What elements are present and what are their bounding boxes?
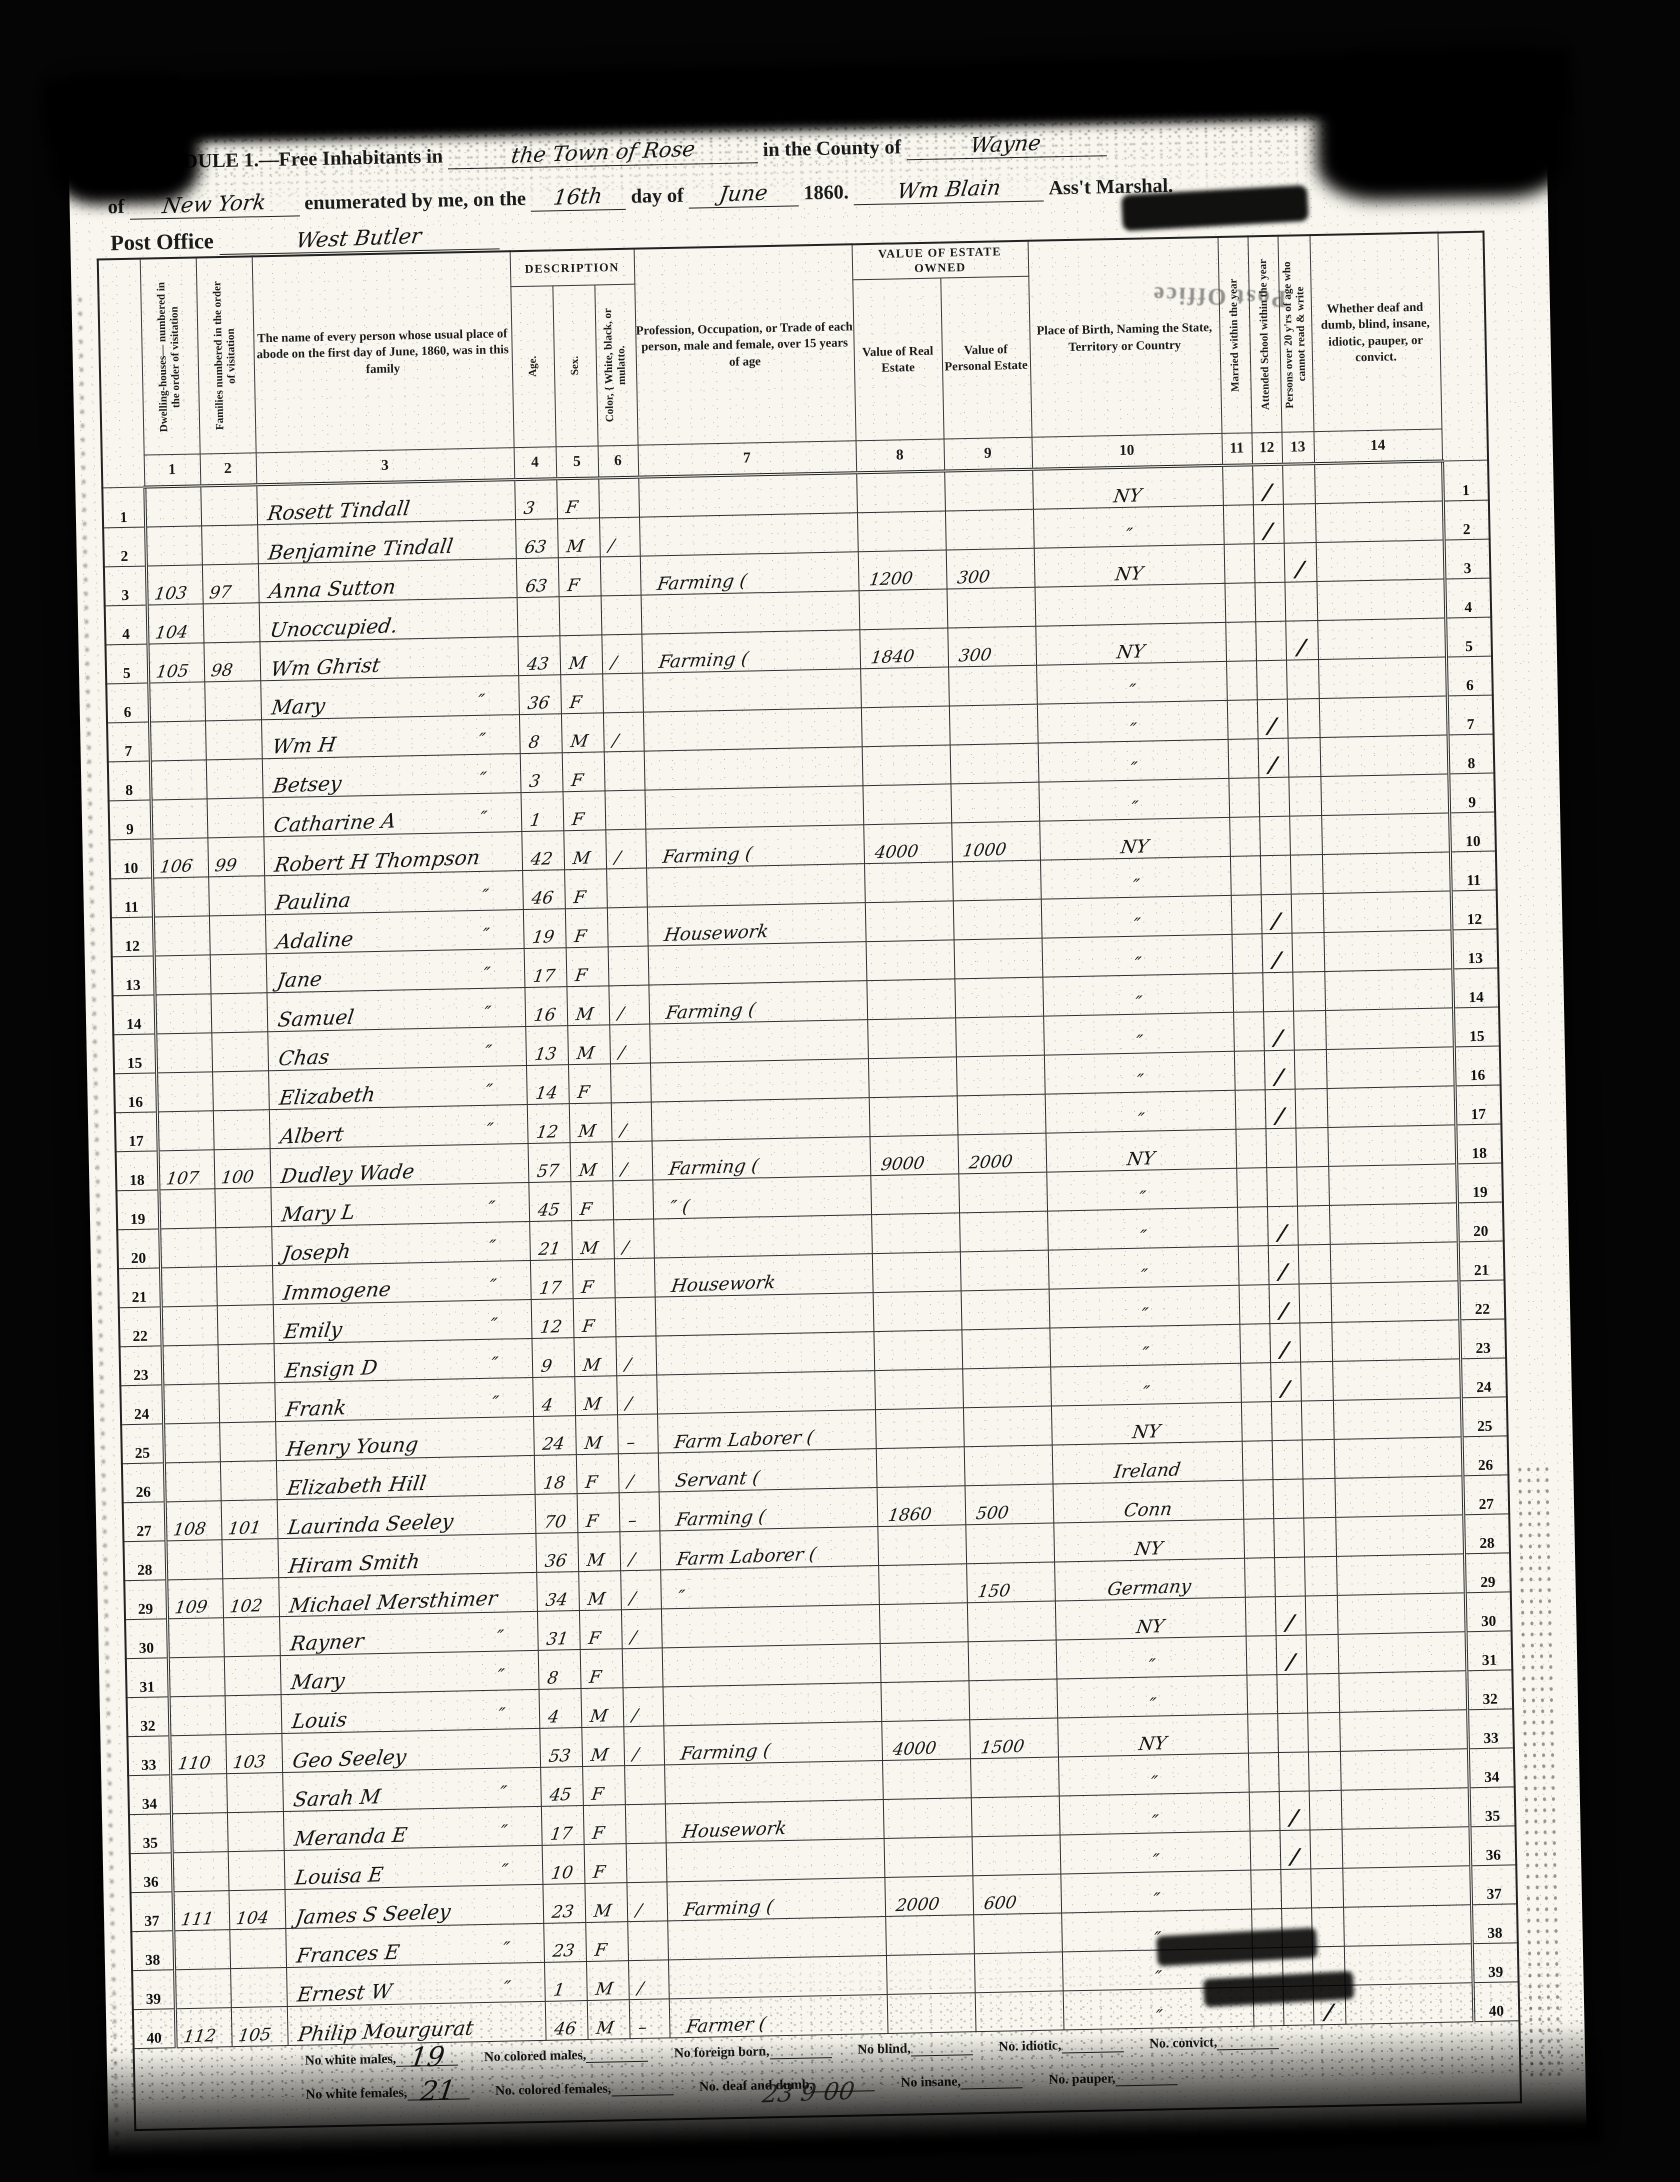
cell-real-estate-value: 9000 xyxy=(870,1135,959,1176)
tally-item: No blind, xyxy=(857,2038,973,2058)
cell-dwelling-number-value: 103 xyxy=(147,583,188,605)
cell-sex-value: F xyxy=(577,1511,599,1532)
cell-sex-value: F xyxy=(562,771,584,792)
cell-condition xyxy=(1344,1944,1473,1986)
cell-color: / xyxy=(601,634,642,674)
tally-blank xyxy=(961,2071,1023,2089)
cell-birthplace: ″ xyxy=(1041,895,1232,938)
margin-scribble: 23 9 00 xyxy=(761,2077,857,2109)
cell-birthplace: NY xyxy=(1035,622,1226,665)
cell-personal-estate-value xyxy=(949,704,1038,745)
cell-personal-estate-value xyxy=(950,743,1039,784)
cell-person-name: ″Louis xyxy=(281,1689,540,1733)
cell-family-number: 103 xyxy=(225,1734,282,1774)
marshal-name: Wm Blain xyxy=(895,175,1002,203)
cell-sex-value: F xyxy=(580,1667,602,1688)
cell-cannot-read-write xyxy=(1288,738,1321,778)
cell-age: 43 xyxy=(517,636,560,676)
cell-birthplace-value: ″ xyxy=(1140,1344,1150,1365)
cell-age: 1 xyxy=(521,792,564,832)
cell-color: / xyxy=(623,1687,664,1727)
surname-ditto: ″ xyxy=(501,1938,511,1959)
cell-occupation: Housework xyxy=(654,1254,873,1297)
cell-family-number xyxy=(226,1773,283,1813)
cell-attended-school: / xyxy=(1258,738,1289,778)
cell-attended-school: / xyxy=(1275,1596,1306,1636)
tally-item: No foreign born, xyxy=(674,2041,832,2062)
cell-sex: F xyxy=(565,908,608,948)
cell-age-value: 13 xyxy=(525,1044,557,1065)
cell-sex-value: M xyxy=(574,1394,602,1415)
cell-real-estate-value xyxy=(877,1525,966,1566)
cell-married-within-year xyxy=(1251,1909,1282,1949)
cell-married-within-year xyxy=(1231,895,1262,935)
cell-real-estate-value xyxy=(856,471,945,513)
cell-color: / xyxy=(605,829,646,869)
cell-sex: F xyxy=(562,752,605,792)
cell-person-name: ″Mary xyxy=(260,676,519,720)
cell-birthplace-value: ″ xyxy=(1135,1071,1145,1092)
cell-cannot-read-write: / xyxy=(1284,543,1317,583)
cell-married-within-year xyxy=(1249,1792,1280,1832)
cell-attended-school xyxy=(1254,543,1285,583)
row-number-left: 39 xyxy=(132,1970,175,2010)
cell-condition xyxy=(1315,501,1444,543)
cell-person-name: ″Immogene xyxy=(272,1260,531,1304)
cell-condition xyxy=(1325,1008,1454,1050)
cell-real-estate-value xyxy=(862,784,951,825)
cell-personal-estate-value xyxy=(958,1172,1047,1213)
cell-age-value: 12 xyxy=(531,1317,563,1338)
cell-attended-school: / xyxy=(1257,699,1288,739)
column-number: 2 xyxy=(200,453,257,486)
col-header-school: Attended School within the year xyxy=(1248,236,1282,433)
column-number: 5 xyxy=(556,446,599,479)
cell-attended-school: / xyxy=(1253,504,1284,544)
row-number-left: 28 xyxy=(123,1541,166,1581)
enumerated-label: enumerated by me, on the xyxy=(304,188,526,214)
cell-cannot-read-write-value: / xyxy=(1296,634,1307,659)
row-number-left: 30 xyxy=(125,1619,168,1659)
cell-birthplace: ″ xyxy=(1042,973,1233,1016)
cell-family-number xyxy=(227,1812,284,1852)
cell-person-name: ″Samuel xyxy=(266,988,525,1032)
cell-sex: M xyxy=(573,1337,616,1377)
cell-age-value: 45 xyxy=(540,1785,572,1806)
row-number-right: 7 xyxy=(1447,695,1494,735)
cell-personal-estate-value xyxy=(954,938,1043,979)
cell-condition xyxy=(1330,1242,1459,1284)
cell-birthplace xyxy=(1035,583,1226,626)
cell-sex: F xyxy=(584,1844,627,1884)
column-number: 7 xyxy=(638,441,857,477)
row-number-left: 31 xyxy=(126,1658,169,1698)
scan-artifact-top-band xyxy=(43,49,1570,146)
cell-birthplace: ″ xyxy=(1046,1168,1237,1211)
cell-age: 17 xyxy=(541,1806,584,1846)
cell-age: 17 xyxy=(524,948,567,988)
cell-married-within-year xyxy=(1239,1285,1270,1325)
cell-dwelling-number: 112 xyxy=(175,2008,232,2048)
cell-attended-school-value: / xyxy=(1286,1649,1297,1674)
cell-dwelling-number xyxy=(164,1462,221,1502)
surname-ditto: ″ xyxy=(487,1237,497,1258)
cell-color xyxy=(622,1648,663,1688)
cell-cannot-read-write xyxy=(1302,1439,1335,1479)
cell-color: / xyxy=(620,1570,661,1610)
cell-occupation xyxy=(638,473,857,517)
cell-married-within-year xyxy=(1232,973,1263,1013)
cell-cannot-read-write xyxy=(1288,777,1321,817)
cell-sex: F xyxy=(585,1922,628,1962)
cell-age-value: 70 xyxy=(535,1512,567,1533)
cell-birthplace-value: ″ xyxy=(1141,1383,1151,1404)
row-number-right: 26 xyxy=(1462,1436,1509,1476)
row-number-right: 28 xyxy=(1463,1514,1510,1554)
cell-dwelling-number: 104 xyxy=(147,604,204,644)
cell-real-estate-value: 1840 xyxy=(859,628,948,669)
cell-dwelling-number xyxy=(154,955,211,995)
tally-label: No white males, xyxy=(305,2051,396,2068)
person-name: Jane xyxy=(266,967,323,993)
cell-dwelling-number xyxy=(159,1228,216,1268)
cell-sex: F xyxy=(582,1766,625,1806)
cell-birthplace: NY xyxy=(1039,817,1230,860)
cell-person-name: ″Mary L xyxy=(270,1183,529,1227)
cell-personal-estate-value xyxy=(972,1835,1061,1876)
cell-attended-school-value: / xyxy=(1280,1376,1291,1401)
cell-real-estate-value-value: 1840 xyxy=(859,647,915,669)
col-header-birthplace: Place of Birth, Naming the State, Territ… xyxy=(1028,237,1222,437)
cell-cannot-read-write xyxy=(1311,1907,1344,1947)
cell-birthplace-value: ″ xyxy=(1152,1928,1162,1949)
cell-cannot-read-write: / xyxy=(1285,621,1318,661)
tally-label: No blind, xyxy=(857,2041,911,2057)
cell-sex-value: M xyxy=(561,731,589,752)
cell-sex-value: M xyxy=(557,537,585,558)
row-number-left: 10 xyxy=(109,839,152,879)
cell-dwelling-number xyxy=(160,1267,217,1307)
cell-sex-value: M xyxy=(569,1121,597,1142)
cell-sex-value: M xyxy=(577,1550,605,1571)
cell-sex-value: F xyxy=(564,888,586,909)
cell-real-estate-value: 1860 xyxy=(877,1486,966,1527)
cell-sex-value: F xyxy=(565,927,587,948)
cell-condition xyxy=(1320,735,1449,777)
cell-family-number xyxy=(214,1188,271,1228)
cell-condition xyxy=(1337,1593,1466,1635)
cell-attended-school: / xyxy=(1280,1830,1311,1870)
cell-age: 46 xyxy=(522,870,565,910)
cell-condition xyxy=(1331,1281,1460,1323)
cell-person-name: Wm Ghrist xyxy=(259,637,518,681)
cell-real-estate-value xyxy=(885,1915,974,1956)
cell-birthplace: ″ xyxy=(1063,1987,1254,2030)
cell-family-number xyxy=(224,1656,281,1696)
cell-birthplace: NY xyxy=(1034,544,1225,587)
column-number: 11 xyxy=(1221,433,1252,466)
cell-age: 42 xyxy=(521,831,564,871)
tally-blank xyxy=(1217,2032,1279,2050)
person-name: Samuel xyxy=(266,1005,354,1032)
cell-color: / xyxy=(619,1531,660,1571)
column-number: 14 xyxy=(1313,429,1442,464)
tally-item: No insane, xyxy=(901,2071,1023,2091)
surname-ditto: ″ xyxy=(485,1120,495,1141)
person-name: Rosett Tindall xyxy=(256,496,411,525)
cell-age: 9 xyxy=(531,1338,574,1378)
cell-age-value: 4 xyxy=(532,1395,553,1416)
cell-dwelling-number: 111 xyxy=(173,1891,230,1931)
cell-family-number xyxy=(210,954,267,994)
row-number-header-right xyxy=(1438,232,1489,461)
cell-birthplace: Ireland xyxy=(1052,1441,1243,1484)
cell-attended-school-value: / xyxy=(1279,1337,1290,1362)
surname-ditto: ″ xyxy=(478,769,488,790)
cell-birthplace-value: ″ xyxy=(1150,1811,1160,1832)
cell-sex: M xyxy=(566,986,609,1026)
col-header-cannot-read: Persons over 20 y'rs of age who cannot r… xyxy=(1278,235,1314,432)
cell-attended-school xyxy=(1259,816,1290,856)
cell-birthplace: ″ xyxy=(1059,1792,1250,1835)
cell-age: 23 xyxy=(543,1923,586,1963)
cell-cannot-read-write xyxy=(1305,1595,1338,1635)
cell-attended-school: / xyxy=(1262,933,1293,973)
cell-family-number xyxy=(228,1851,285,1891)
cell-cannot-read-write xyxy=(1283,504,1316,544)
cell-color xyxy=(598,477,639,518)
cell-birthplace-value: NY xyxy=(1126,1148,1157,1170)
cell-sex: F xyxy=(576,1454,619,1494)
person-name: Henry Young xyxy=(275,1432,419,1461)
row-number-right: 23 xyxy=(1459,1319,1506,1359)
cell-real-estate-value xyxy=(873,1330,962,1371)
col-header-occupation: Profession, Occupation, or Trade of each… xyxy=(634,244,856,445)
cell-personal-estate-value-value: 300 xyxy=(946,567,991,589)
cell-color xyxy=(624,1765,665,1805)
cell-age: 36 xyxy=(518,675,561,715)
day-blank: 16th xyxy=(531,184,627,212)
page-no-blank xyxy=(1154,80,1304,106)
cell-color xyxy=(626,1843,667,1883)
cell-condition xyxy=(1342,1827,1471,1869)
cell-attended-school xyxy=(1283,1986,1314,2026)
cell-birthplace-value: NY xyxy=(1134,1538,1165,1560)
cell-color: / xyxy=(613,1219,654,1259)
cell-sex: M xyxy=(569,1103,612,1143)
row-number-right: 16 xyxy=(1454,1046,1501,1086)
cell-family-number-value: 100 xyxy=(214,1167,255,1189)
cell-married-within-year xyxy=(1227,700,1258,740)
cell-occupation: Farming ( xyxy=(645,825,864,868)
cell-real-estate-value xyxy=(880,1681,969,1722)
cell-sex-value: M xyxy=(581,1706,609,1727)
cell-birthplace-value: ″ xyxy=(1131,876,1141,897)
cell-birthplace: ″ xyxy=(1062,1948,1253,1991)
col-header-condition: Whether deaf and dumb, blind, insane, id… xyxy=(1310,233,1442,432)
surname-ditto: ″ xyxy=(480,886,490,907)
row-number-right: 36 xyxy=(1470,1826,1517,1866)
cell-age: 3 xyxy=(514,479,557,520)
row-number-right: 9 xyxy=(1448,773,1495,813)
cell-age-value: 10 xyxy=(542,1863,574,1884)
cell-birthplace-value: NY xyxy=(1119,836,1150,858)
row-number-left: 25 xyxy=(121,1424,164,1464)
cell-condition xyxy=(1327,1125,1456,1167)
cell-real-estate-value xyxy=(878,1564,967,1605)
row-number-right: 2 xyxy=(1443,500,1490,540)
cell-condition xyxy=(1318,657,1447,699)
surname-ditto: ″ xyxy=(481,964,491,985)
person-name: Louisa E xyxy=(284,1862,385,1889)
cell-birthplace: ″ xyxy=(1038,778,1229,821)
cell-color: / xyxy=(621,1609,662,1649)
cell-family-number xyxy=(211,1032,268,1072)
cell-real-estate-value xyxy=(875,1408,964,1449)
cell-birthplace: Conn xyxy=(1053,1480,1244,1523)
column-number: 8 xyxy=(856,439,945,473)
column-number: 3 xyxy=(256,448,515,485)
cell-cannot-read-write xyxy=(1292,932,1325,972)
cell-family-number xyxy=(216,1266,273,1306)
cell-age-value: 1 xyxy=(521,810,542,831)
cell-attended-school xyxy=(1262,972,1293,1012)
cell-personal-estate-value xyxy=(955,1016,1044,1057)
cell-personal-estate-value-value: 1000 xyxy=(951,840,1007,862)
cell-condition xyxy=(1338,1671,1467,1713)
cell-sex: M xyxy=(584,1883,627,1923)
cell-sex-value: M xyxy=(567,1043,595,1064)
cell-age: 57 xyxy=(528,1143,571,1183)
cell-birthplace: ″ xyxy=(1040,856,1231,899)
cell-age: 34 xyxy=(536,1572,579,1612)
page-no-label: Page No. xyxy=(1077,83,1149,105)
month-blank: June xyxy=(688,180,798,208)
cell-cannot-read-write xyxy=(1286,660,1319,700)
cell-birthplace-value: ″ xyxy=(1139,1266,1149,1287)
cell-attended-school-value: / xyxy=(1271,908,1282,933)
tally-value: 19 xyxy=(409,2053,445,2064)
cell-color: / xyxy=(603,712,644,752)
tally-item: No white males,19 xyxy=(305,2049,458,2070)
cell-occupation xyxy=(667,1916,886,1959)
row-number-right: 17 xyxy=(1455,1085,1502,1125)
person-name: Ernest W xyxy=(286,1979,393,2007)
row-number-right: 32 xyxy=(1466,1670,1513,1710)
cell-condition xyxy=(1334,1476,1463,1518)
cell-occupation-value: Farmer ( xyxy=(669,2014,767,2038)
row-number-right: 10 xyxy=(1449,812,1496,852)
cell-dwelling-number: 105 xyxy=(147,643,204,683)
cell-occupation-value: Farm Laborer ( xyxy=(657,1427,815,1453)
cell-age-value: 21 xyxy=(529,1239,561,1260)
cell-personal-estate-value xyxy=(975,1991,1064,2032)
cell-occupation xyxy=(661,1605,880,1648)
cell-age: 8 xyxy=(519,714,562,754)
cell-family-number-value: 105 xyxy=(231,2025,272,2047)
cell-sex: M xyxy=(567,1025,610,1065)
row-number-right: 15 xyxy=(1453,1007,1500,1047)
cell-personal-estate-value-value: 300 xyxy=(947,645,992,667)
row-number-right: 24 xyxy=(1460,1358,1507,1398)
col-header-real-estate: Value of Real Estate xyxy=(852,278,943,441)
col-header-personal-estate: Value of Personal Estate xyxy=(940,276,1031,439)
cell-person-name: Philip Mourgurat xyxy=(287,2001,546,2045)
row-number-right: 37 xyxy=(1470,1865,1517,1905)
cell-real-estate-value xyxy=(867,1018,956,1059)
cell-person-name: ″Mary xyxy=(280,1650,539,1694)
cell-family-number: 100 xyxy=(214,1149,271,1189)
cell-cannot-read-write xyxy=(1306,1673,1339,1713)
cell-occupation: Farming ( xyxy=(640,552,859,595)
cell-cannot-read-write xyxy=(1301,1400,1334,1440)
cell-dwelling-number xyxy=(162,1384,219,1424)
cell-birthplace-value: Ireland xyxy=(1113,1459,1182,1483)
row-number-left: 22 xyxy=(119,1307,162,1347)
tally-item: No colored males, xyxy=(484,2045,648,2066)
cell-family-number xyxy=(211,993,268,1033)
cell-real-estate-value xyxy=(857,511,946,552)
cell-age: 24 xyxy=(533,1416,576,1456)
cell-married-within-year xyxy=(1240,1363,1271,1403)
cell-occupation: Housework xyxy=(665,1800,884,1843)
cell-birthplace: ″ xyxy=(1048,1246,1239,1289)
cell-personal-estate-value xyxy=(954,977,1043,1018)
cell-family-number xyxy=(223,1617,280,1657)
cell-family-number xyxy=(225,1695,282,1735)
cell-occupation-value: Farming ( xyxy=(648,999,756,1024)
cell-dwelling-number xyxy=(148,682,205,722)
cell-family-number xyxy=(221,1539,278,1579)
tally-label: No. colored females, xyxy=(495,2081,611,2098)
cell-sex: M xyxy=(577,1532,620,1572)
cell-birthplace-value: ″ xyxy=(1147,1694,1157,1715)
cell-color xyxy=(625,1804,666,1844)
cell-person-name: ″Catharine A xyxy=(263,793,522,837)
cell-occupation-value: Servant ( xyxy=(658,1468,761,1492)
census-page: Page No. SCHEDULE 1.—Free Inhabitants in… xyxy=(67,63,1586,2160)
scan-artifact-corner-tr xyxy=(1315,47,1568,202)
cell-sex-value: M xyxy=(566,1004,594,1025)
row-number-right: 1 xyxy=(1442,460,1489,501)
person-name: Paulina xyxy=(264,888,352,915)
person-name: Unoccupied. xyxy=(259,613,399,641)
cell-color xyxy=(627,1921,668,1961)
cell-sex-value: F xyxy=(558,576,580,597)
cell-sex-value: M xyxy=(575,1433,603,1454)
cell-color: / xyxy=(608,985,649,1025)
cell-sex-value: F xyxy=(563,810,585,831)
cell-occupation: Farm Laborer ( xyxy=(659,1527,878,1570)
cell-sex: F xyxy=(568,1064,611,1104)
cell-family-number xyxy=(209,915,266,955)
row-number-right: 38 xyxy=(1471,1904,1518,1944)
cell-real-estate-value-value: 1200 xyxy=(858,569,914,591)
cell-color xyxy=(604,751,645,791)
cell-personal-estate-value xyxy=(952,860,1041,901)
cell-color-value: / xyxy=(623,1706,639,1727)
cell-occupation-value: Farming ( xyxy=(652,1155,760,1180)
of-label: of xyxy=(107,196,124,218)
cell-age: 19 xyxy=(523,909,566,949)
cell-cannot-read-write xyxy=(1292,971,1325,1011)
cell-real-estate-value xyxy=(880,1642,969,1683)
cell-birthplace: ″ xyxy=(1061,1909,1252,1952)
cell-dwelling-number: 107 xyxy=(158,1150,215,1190)
person-name: Laurinda Seeley xyxy=(277,1509,455,1539)
cell-condition xyxy=(1314,461,1443,504)
cell-age-value: 9 xyxy=(531,1356,552,1377)
